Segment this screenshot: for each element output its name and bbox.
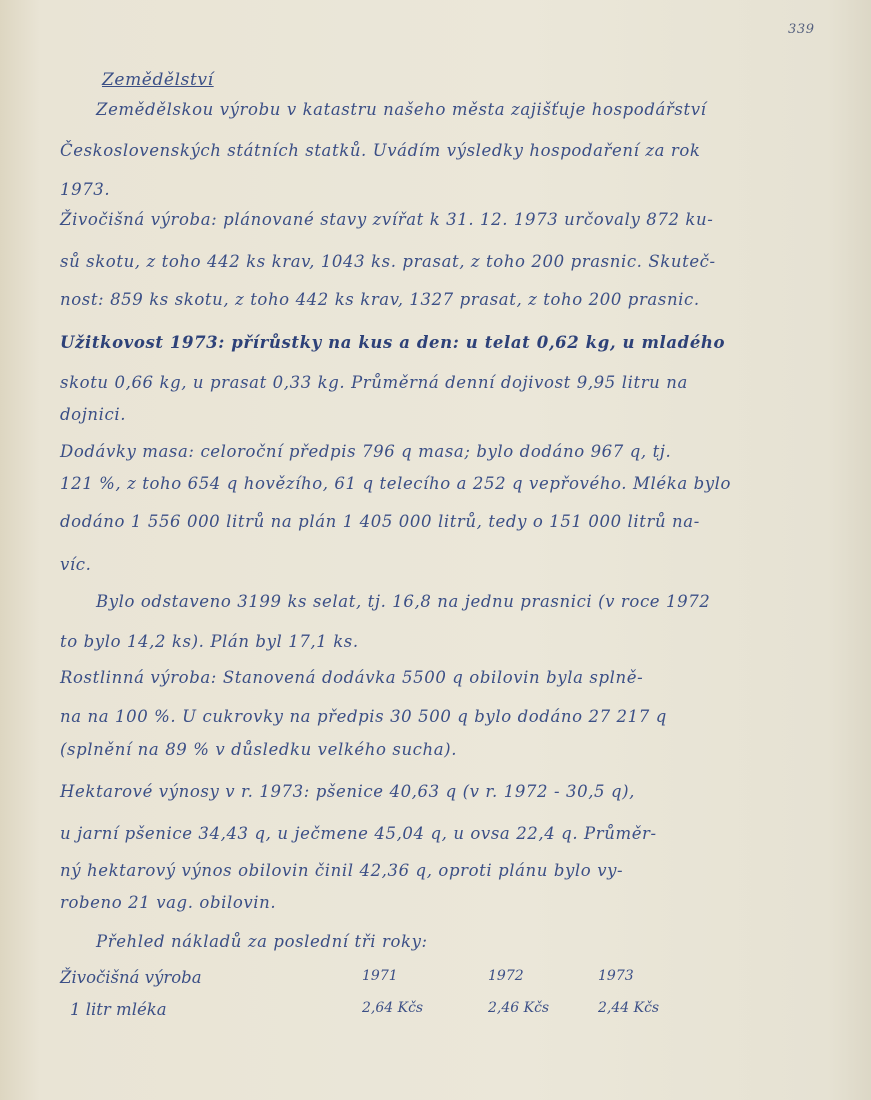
manuscript-page: 339 Zemědělství Zemědělskou výrobu v kat… <box>0 0 871 1100</box>
text-line: Přehled nákladů za poslední tři roky: <box>96 932 428 951</box>
text-line: dodáno 1 556 000 litrů na plán 1 405 000… <box>60 512 700 531</box>
table-header-year: 1972 <box>488 968 524 984</box>
text-line: Hektarové výnosy v r. 1973: pšenice 40,6… <box>60 782 635 801</box>
table-row-label: 1 litr mléka <box>70 1000 167 1019</box>
table-header-year: 1971 <box>362 968 398 984</box>
page-number: 339 <box>788 22 815 37</box>
text-line: 1973. <box>60 180 110 199</box>
text-line: nost: 859 ks skotu, z toho 442 ks krav, … <box>60 290 700 309</box>
text-line: Užitkovost 1973: přírůstky na kus a den:… <box>60 333 725 352</box>
text-line: na na 100 %. U cukrovky na předpis 30 50… <box>60 707 667 726</box>
text-line: Bylo odstaveno 3199 ks selat, tj. 16,8 n… <box>96 592 710 611</box>
text-line: dojnici. <box>60 405 126 424</box>
table-cell: 2,64 Kčs <box>362 1000 423 1016</box>
text-line: to bylo 14,2 ks). Plán byl 17,1 ks. <box>60 632 359 651</box>
table-cell: 2,44 Kčs <box>598 1000 659 1016</box>
text-line: víc. <box>60 555 92 574</box>
text-line: Zemědělskou výrobu v katastru našeho měs… <box>96 100 707 119</box>
text-line: Rostlinná výroba: Stanovená dodávka 5500… <box>60 668 643 687</box>
text-line: Dodávky masa: celoroční předpis 796 q ma… <box>60 442 671 461</box>
text-line: ný hektarový výnos obilovin činil 42,36 … <box>60 861 623 880</box>
text-line: (splnění na 89 % v důsledku velkého such… <box>60 740 457 759</box>
text-line: u jarní pšenice 34,43 q, u ječmene 45,04… <box>60 824 657 843</box>
text-line: sů skotu, z toho 442 ks krav, 1043 ks. p… <box>60 252 716 271</box>
section-heading: Zemědělství <box>102 70 214 90</box>
text-line: skotu 0,66 kg, u prasat 0,33 kg. Průměrn… <box>60 373 688 392</box>
text-line: Živočišná výroba: plánované stavy zvířat… <box>60 210 713 229</box>
text-line: Československých státních statků. Uvádím… <box>60 141 701 160</box>
text-line: robeno 21 vag. obilovin. <box>60 893 276 912</box>
table-header-year: 1973 <box>598 968 634 984</box>
table-cell: 2,46 Kčs <box>488 1000 549 1016</box>
table-header-label: Živočišná výroba <box>60 968 202 987</box>
text-line: 121 %, z toho 654 q hovězího, 61 q telec… <box>60 474 731 493</box>
